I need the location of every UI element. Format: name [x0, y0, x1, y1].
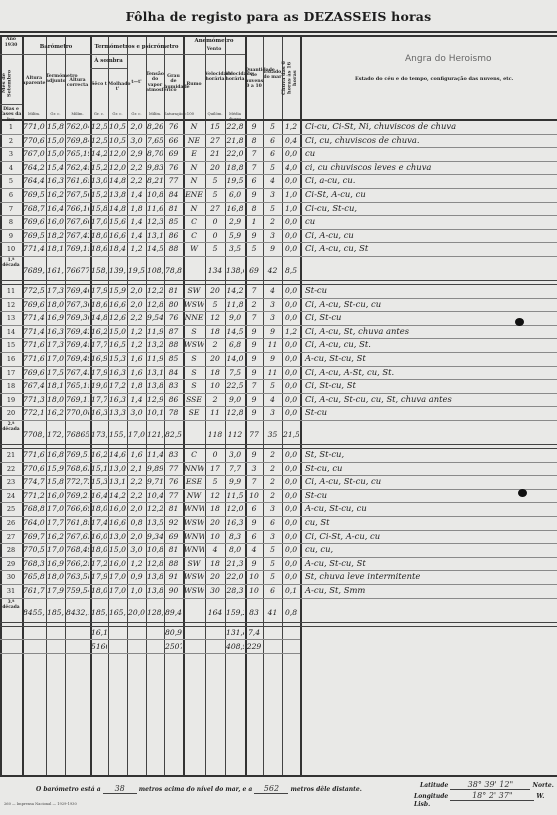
cell-term_adj: 18,0 [47, 395, 64, 404]
cell-vel_m: 7,7 [226, 464, 244, 473]
row-rule [0, 215, 557, 216]
weather-description: cu, St [305, 517, 330, 527]
cell-molhado: 15,3 [109, 354, 126, 363]
latitude: Latitude 38° 39' 12" Norte. [420, 780, 554, 790]
year-label: Ano [0, 37, 22, 42]
row-rule [0, 475, 557, 476]
cell-chuva: 0,0 [283, 381, 299, 390]
cell-vel_m: 6,8 [226, 340, 244, 349]
cell-grau: 83 [165, 381, 182, 390]
cell-term_adj: 16,0 [47, 491, 64, 500]
cell-alt_ap: 772,10 [23, 408, 45, 417]
cell-nuvens: 9 [246, 408, 262, 417]
year-value: 1930 [0, 43, 22, 48]
cell-chuva: 0,1 [283, 586, 299, 595]
cell-vel_h: 27 [206, 204, 224, 213]
monthly-vel_m: 408,9 [226, 642, 244, 651]
day-number: 22 [0, 465, 22, 473]
cell-seco: 17,9 [91, 368, 107, 377]
cell-rumo: WSW [184, 572, 204, 581]
cell-alt_corr: 766,25 [66, 559, 89, 568]
cell-vel_h: 20 [206, 518, 224, 527]
cell-alt_corr: 762,04 [66, 122, 89, 131]
row-rule [0, 325, 557, 326]
cell-alt_corr: 769,21 [66, 491, 89, 500]
cell-vel_h: 10 [206, 532, 224, 541]
cell-vel_m: 3,0 [226, 450, 244, 459]
monthly-vel_m: 131,8 [226, 628, 244, 637]
cell-molhado: 16,0 [109, 504, 126, 513]
cell-molhado: 10,5 [109, 136, 126, 145]
day-number: 6 [0, 191, 22, 199]
cell-mar: 5 [264, 545, 281, 554]
row-rule [0, 489, 557, 490]
group-rule [0, 104, 22, 105]
cell-mar: 2 [264, 491, 281, 500]
cell-dif: 2,0 [128, 300, 145, 309]
cell-grau: 82,5 [165, 430, 182, 439]
cell-term_adj: 17,5 [47, 368, 64, 377]
cell-chuva: 0,0 [283, 532, 299, 541]
cell-term_adj: 15,0 [47, 136, 64, 145]
cell-term_adj: 185,2 [47, 608, 64, 617]
row-rule [0, 352, 557, 353]
cell-molhado: 16,6 [109, 300, 126, 309]
page-title: Fôlha de registo para as DEZASSEIS horas [0, 9, 557, 24]
cell-chuva: 0,0 [283, 368, 299, 377]
cell-grau: 84 [165, 190, 182, 199]
cell-dif: 1,4 [128, 217, 145, 226]
day-number: 9 [0, 232, 22, 240]
cell-grau: 78,8 [165, 266, 182, 275]
cell-alt_corr: 769,11 [66, 395, 89, 404]
cell-alt_corr: 767,63 [66, 532, 89, 541]
cell-chuva: 0,0 [283, 491, 299, 500]
column-rule [90, 35, 92, 775]
cell-dif: 2,2 [128, 491, 145, 500]
cell-alt_corr: 770,08 [66, 408, 89, 417]
cell-molhado: 14,6 [109, 450, 126, 459]
cell-mar: 3 [264, 408, 281, 417]
column-rule [183, 35, 185, 775]
cell-alt_corr: 767,66 [66, 217, 89, 226]
cell-seco: 173,0 [91, 430, 107, 439]
row-rule [0, 298, 557, 299]
cell-alt_corr: 768,63 [66, 464, 89, 473]
row-rule [0, 134, 557, 135]
longitude-value: 18° 2' 37" [450, 791, 534, 801]
day-number: 1 [0, 123, 22, 131]
cell-tensao: 108,51 [147, 266, 163, 275]
column-rule [282, 35, 283, 775]
weather-description: cu, cu, [305, 544, 333, 554]
cell-alt_corr: 767,43 [66, 368, 89, 377]
cell-alt_corr: 768,49 [66, 545, 89, 554]
row-rule [0, 202, 557, 203]
cell-molhado: 13,1 [109, 477, 126, 486]
month-label: Mês de Setembro [2, 60, 20, 106]
cell-vel_m: 3,5 [226, 244, 244, 253]
cell-grau: 76 [165, 313, 182, 322]
cell-term_adj: 17,3 [47, 286, 64, 295]
cell-tensao: 13,16 [147, 231, 163, 240]
weather-description: Ci, A-cu, A-St, cu, St. [305, 367, 394, 377]
column-header-chuva: Chuva das 6 horas às 16 horas [282, 58, 300, 98]
decade-rule [0, 280, 557, 285]
column-header-alt_corr: Altura correcta [65, 78, 90, 89]
weather-description: Ci-cu, St-cu, [305, 203, 357, 213]
cell-mar: 3 [264, 532, 281, 541]
day-number: 29 [0, 560, 22, 568]
cell-nuvens: 7 [246, 477, 262, 486]
cell-dif: 1,6 [128, 368, 145, 377]
column-rule [263, 35, 264, 775]
cell-chuva: 0,0 [283, 545, 299, 554]
decade-rule [0, 444, 557, 449]
monthly-grau: 2507 [165, 642, 182, 651]
day-number: 20 [0, 409, 22, 417]
row-rule [0, 639, 300, 640]
cell-molhado: 165,5 [109, 608, 126, 617]
cell-chuva: 0,0 [283, 572, 299, 581]
cell-chuva: 0,0 [283, 395, 299, 404]
cell-chuva: 0,0 [283, 450, 299, 459]
cell-vel_h: 15 [206, 122, 224, 131]
cell-dif: 2,0 [128, 504, 145, 513]
cell-chuva: 21,5 [283, 430, 299, 439]
day-number: 24 [0, 492, 22, 500]
row-rule [0, 311, 557, 312]
cell-vel_h: 27 [206, 136, 224, 145]
cell-grau: 69 [165, 532, 182, 541]
cell-mar: 2 [264, 464, 281, 473]
cell-vel_h: 18 [206, 327, 224, 336]
cell-chuva: 0,0 [283, 477, 299, 486]
cell-nuvens: 9 [246, 354, 262, 363]
cell-rumo: SE [184, 408, 204, 417]
cell-mar: 4 [264, 395, 281, 404]
ink-blot [518, 489, 527, 497]
cell-molhado: 16,3 [109, 368, 126, 377]
monthly-nuvens: 7,4 [246, 628, 262, 637]
cell-vel_h: 5 [206, 477, 224, 486]
column-header-vel_m: Velocidade horária [225, 72, 245, 83]
column-unit-alt_ap: Milím. [22, 111, 46, 116]
cell-molhado: 17,0 [109, 586, 126, 595]
decade-rule [0, 622, 557, 627]
cell-chuva: 0,0 [283, 149, 299, 158]
cell-seco: 17,7 [91, 340, 107, 349]
cell-term_adj: 172,6 [47, 430, 64, 439]
cell-grau: 91 [165, 572, 182, 581]
cell-vel_h: 5 [206, 176, 224, 185]
cell-mar: 2 [264, 217, 281, 226]
column-unit-vel_m: Média diurna [225, 111, 245, 121]
column-header-term_adj: Termómetro adjunto [46, 74, 65, 85]
cell-molhado: 14,2 [109, 491, 126, 500]
cell-rumo: C [184, 450, 204, 459]
cell-alt_corr: 769,15 [66, 244, 89, 253]
cell-grau: 83 [165, 450, 182, 459]
cell-molhado: 14,8 [109, 204, 126, 213]
cell-nuvens: 7 [246, 149, 262, 158]
cell-tensao: 10,43 [147, 491, 163, 500]
cell-alt_corr: 767,56 [66, 190, 89, 199]
cell-dif: 2,2 [128, 477, 145, 486]
cell-nuvens: 2 [246, 300, 262, 309]
cell-rumo: E [184, 149, 204, 158]
row-rule [0, 653, 300, 654]
cell-seco: 12,5 [91, 136, 107, 145]
cell-chuva: 1,0 [283, 204, 299, 213]
cell-rumo: N [184, 204, 204, 213]
cell-tensao: 8,70 [147, 149, 163, 158]
cell-vel_m: 138,0 [226, 266, 244, 275]
cell-chuva: 0,0 [283, 217, 299, 226]
cell-term_adj: 16,2 [47, 190, 64, 199]
cell-vel_h: 20 [206, 572, 224, 581]
cell-alt_ap: 771,00 [23, 122, 45, 131]
cell-rumo: ESE [184, 477, 204, 486]
cell-alt_ap: 764,05 [23, 518, 45, 527]
cell-alt_ap: 769,60 [23, 368, 45, 377]
column-rule [127, 35, 128, 775]
ink-blot [515, 318, 524, 326]
day-number: 10 [0, 245, 22, 253]
row-rule [0, 161, 557, 162]
monthly-seco: 5160 [91, 642, 107, 651]
cell-dif: 2,0 [128, 532, 145, 541]
cell-molhado: 10,5 [109, 122, 126, 131]
cell-mar: 5 [264, 204, 281, 213]
cell-term_adj: 15,9 [47, 464, 64, 473]
cell-term_adj: 18,2 [47, 231, 64, 240]
cell-tensao: 13,10 [147, 368, 163, 377]
cell-tensao: 12,33 [147, 217, 163, 226]
day-number: 19 [0, 396, 22, 404]
group-rule [22, 54, 90, 55]
row-rule [0, 530, 557, 531]
cell-rumo: WSW [184, 300, 204, 309]
cell-vel_h: 21 [206, 149, 224, 158]
cell-vel_m: 22,8 [226, 122, 244, 131]
weather-description: cu [305, 216, 315, 226]
column-header-dif: t—t' [127, 80, 146, 85]
cell-grau: 89,4 [165, 608, 182, 617]
cell-seco: 18,0 [91, 231, 107, 240]
cell-vel_h: 5 [206, 190, 224, 199]
monthly-seco: 16,1 [91, 628, 107, 637]
cell-mar: 5 [264, 559, 281, 568]
cell-dif: 2,2 [128, 163, 145, 172]
cell-nuvens: 7 [246, 163, 262, 172]
weather-description: Ci, a-cu, cu. [305, 175, 355, 185]
cell-nuvens: 9 [246, 190, 262, 199]
column-rule [65, 35, 66, 775]
day-number: 16 [0, 355, 22, 363]
cell-term_adj: 15,0 [47, 149, 64, 158]
cell-term_adj: 16,8 [47, 450, 64, 459]
cell-seco: 15,3 [91, 477, 107, 486]
day-number: 28 [0, 546, 22, 554]
cell-vel_h: 17 [206, 464, 224, 473]
weather-description: Ci, cu, chuviscos de chuva. [305, 135, 420, 145]
cell-alt_corr: 76865,3 [66, 430, 89, 439]
cell-term_adj: 18,1 [47, 244, 64, 253]
weather-description: St-cu [305, 490, 327, 500]
cell-mar: 3 [264, 313, 281, 322]
cell-rumo: NNW [184, 464, 204, 473]
cell-rumo: NNE [184, 313, 204, 322]
cell-mar: 4 [264, 286, 281, 295]
column-rule [205, 35, 206, 775]
cell-nuvens: 7 [246, 381, 262, 390]
cell-alt_ap: 769,55 [23, 231, 45, 240]
cell-term_adj: 15,8 [47, 477, 64, 486]
cell-alt_corr: 765,15 [66, 381, 89, 390]
cell-molhado: 13,8 [109, 190, 126, 199]
cell-term_adj: 17,0 [47, 504, 64, 513]
cell-nuvens: 9 [246, 340, 262, 349]
cell-alt_corr: 8432,10 [66, 608, 89, 617]
cell-dif: 20,0 [128, 608, 145, 617]
row-rule [0, 502, 557, 503]
cell-nuvens: 10 [246, 491, 262, 500]
cell-alt_corr: 767,36 [66, 300, 89, 309]
cell-grau: 81 [165, 286, 182, 295]
weather-description: Ci, A-cu, cu, St. [305, 339, 371, 349]
cell-grau: 88 [165, 340, 182, 349]
cell-grau: 84 [165, 368, 182, 377]
day-number: 8 [0, 218, 22, 226]
cell-vel_m: 2,9 [226, 217, 244, 226]
cell-grau: 81 [165, 204, 182, 213]
cell-vel_m: 22,5 [226, 381, 244, 390]
cell-mar: 35 [264, 430, 281, 439]
cell-nuvens: 4 [246, 545, 262, 554]
column-unit-tensao: Milím. [146, 111, 164, 116]
cell-dif: 17,0 [128, 430, 145, 439]
cell-tensao: 9,34 [147, 532, 163, 541]
cell-molhado: 12,6 [109, 313, 126, 322]
barometer-group-header: Barómetro [22, 44, 90, 50]
cell-chuva: 0,0 [283, 286, 299, 295]
cell-vel_h: 5 [206, 300, 224, 309]
cell-dif: 3,0 [128, 136, 145, 145]
cell-mar: 9 [264, 327, 281, 336]
cell-alt_corr: 772,72 [66, 477, 89, 486]
cell-dif: 1,2 [128, 244, 145, 253]
cell-mar: 9 [264, 244, 281, 253]
cell-alt_corr: 761,65 [66, 176, 89, 185]
cell-tensao: 9,54 [147, 313, 163, 322]
row-rule [0, 584, 557, 585]
cell-tensao: 11,42 [147, 450, 163, 459]
cell-nuvens: 6 [246, 504, 262, 513]
cell-vel_m: 159,2 [226, 608, 244, 617]
row-rule [0, 557, 557, 558]
cell-grau: 85 [165, 217, 182, 226]
row-rule [0, 174, 557, 175]
cell-alt_ap: 769,65 [23, 217, 45, 226]
cell-dif: 2,9 [128, 149, 145, 158]
group-rule [183, 54, 245, 55]
cell-vel_h: 134 [206, 266, 224, 275]
cell-alt_ap: 771,40 [23, 313, 45, 322]
cell-term_adj: 17,0 [47, 545, 64, 554]
cell-tensao: 9,83 [147, 163, 163, 172]
cell-chuva: 8,5 [283, 266, 299, 275]
cell-molhado: 12,0 [109, 149, 126, 158]
cell-vel_m: 21,8 [226, 136, 244, 145]
cell-vel_m: 14,5 [226, 327, 244, 336]
cell-molhado: 139,0 [109, 266, 126, 275]
cell-alt_ap: 772,55 [23, 286, 45, 295]
day-number: 5 [0, 177, 22, 185]
cell-seco: 17,9 [91, 572, 107, 581]
cell-term_adj: 17,3 [47, 340, 64, 349]
cell-vel_h: 118 [206, 430, 224, 439]
cell-tensao: 10,87 [147, 190, 163, 199]
cell-alt_ap: 765,80 [23, 572, 45, 581]
cell-dif: 1,8 [128, 381, 145, 390]
weather-description: A-cu, St-cu, cu [305, 503, 367, 513]
cell-dif: 0,9 [128, 572, 145, 581]
wind-subheader: Vento [183, 47, 245, 52]
cell-dif: 1,0 [128, 586, 145, 595]
cell-tensao: 11,97 [147, 354, 163, 363]
cell-alt_corr: 769,42 [66, 327, 89, 336]
cell-seco: 16,2 [91, 450, 107, 459]
cell-seco: 18,6 [91, 244, 107, 253]
cell-rumo: W [184, 244, 204, 253]
cell-mar: 5 [264, 572, 281, 581]
cell-term_adj: 18,0 [47, 572, 64, 581]
imprint: 260 — Imprensa Nacional — 1929-1930 [4, 802, 77, 806]
row-rule [0, 256, 557, 257]
weather-description: Ci, St-cu, St [305, 380, 356, 390]
cell-vel_m: 19,5 [226, 176, 244, 185]
day-number: 18 [0, 382, 22, 390]
anemometer-group-header: Anemómetro [183, 38, 245, 44]
row-rule [0, 406, 557, 407]
column-unit-term_adj: Gr. c. [46, 111, 65, 116]
longitude: Longitude 18° 2' 37" W. Lisb. [414, 791, 557, 808]
cell-molhado: 15,6 [109, 217, 126, 226]
cell-vel_m: 6,0 [226, 190, 244, 199]
cell-rumo: S [184, 354, 204, 363]
cell-grau: 86 [165, 395, 182, 404]
cell-vel_h: 4 [206, 545, 224, 554]
cell-nuvens: 9 [246, 518, 262, 527]
cell-nuvens: 69 [246, 266, 262, 275]
decade-label: 3.ª década [0, 600, 22, 610]
cell-vel_m: 11,5 [226, 491, 244, 500]
cell-mar: 11 [264, 368, 281, 377]
cell-alt_ap: 7689,30 [23, 266, 45, 275]
day-number: 23 [0, 478, 22, 486]
cell-alt_corr: 76677 [66, 266, 89, 275]
cell-alt_corr: 769,84 [66, 136, 89, 145]
column-header-tensao: Tensão do vapor atmosférico [146, 72, 164, 94]
cell-dif: 19,5 [128, 266, 145, 275]
column-header-alt_ap: Altura aparente [22, 76, 46, 87]
cell-grau: 80 [165, 300, 182, 309]
cell-term_adj: 17,7 [47, 518, 64, 527]
cell-vel_h: 2 [206, 395, 224, 404]
cell-chuva: 0,0 [283, 313, 299, 322]
cell-chuva: 1,2 [283, 327, 299, 336]
